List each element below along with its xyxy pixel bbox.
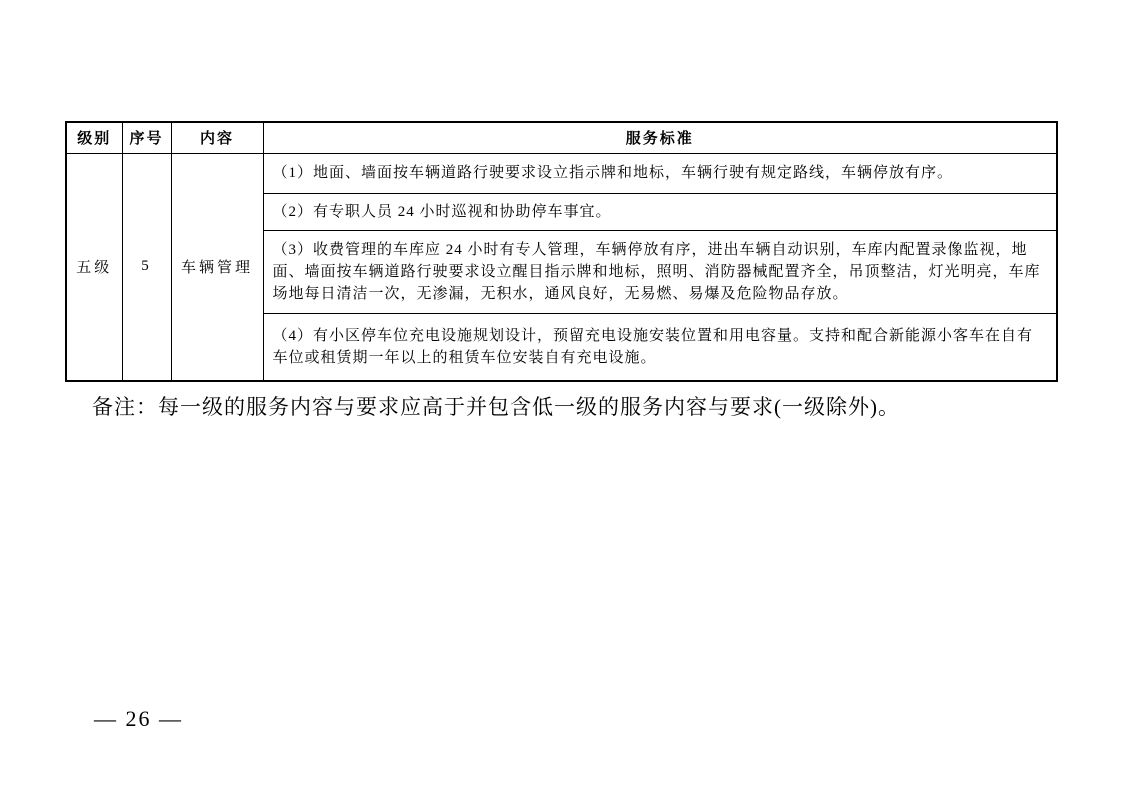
table-row: 五级 5 车辆管理 （1）地面、墙面按车辆道路行驶要求设立指示牌和地标，车辆行驶… [66,153,1057,193]
column-header-content: 内容 [171,122,263,153]
page-number: — 26 — [94,706,183,732]
cell-content: 车辆管理 [171,153,263,381]
cell-standard-3: （3）收费管理的车库应 24 小时有专人管理，车辆停放有序，进出车辆自动识别，车… [263,230,1057,313]
document-page: 级别 序号 内容 服务标准 五级 5 车辆管理 （1）地面、墙面按车辆道路行驶要… [0,0,1122,793]
cell-level: 五级 [66,153,122,381]
column-header-standard: 服务标准 [263,122,1057,153]
service-standards-table: 级别 序号 内容 服务标准 五级 5 车辆管理 （1）地面、墙面按车辆道路行驶要… [65,121,1058,382]
cell-number: 5 [122,153,171,381]
column-header-number: 序号 [122,122,171,153]
cell-standard-2: （2）有专职人员 24 小时巡视和协助停车事宜。 [263,193,1057,230]
table-header-row: 级别 序号 内容 服务标准 [66,122,1057,153]
column-header-level: 级别 [66,122,122,153]
footnote-text: 备注：每一级的服务内容与要求应高于并包含低一级的服务内容与要求(一级除外)。 [92,392,1072,422]
cell-standard-4: （4）有小区停车位充电设施规划设计，预留充电设施安装位置和用电容量。支持和配合新… [263,313,1057,381]
cell-standard-1: （1）地面、墙面按车辆道路行驶要求设立指示牌和地标，车辆行驶有规定路线，车辆停放… [263,153,1057,193]
